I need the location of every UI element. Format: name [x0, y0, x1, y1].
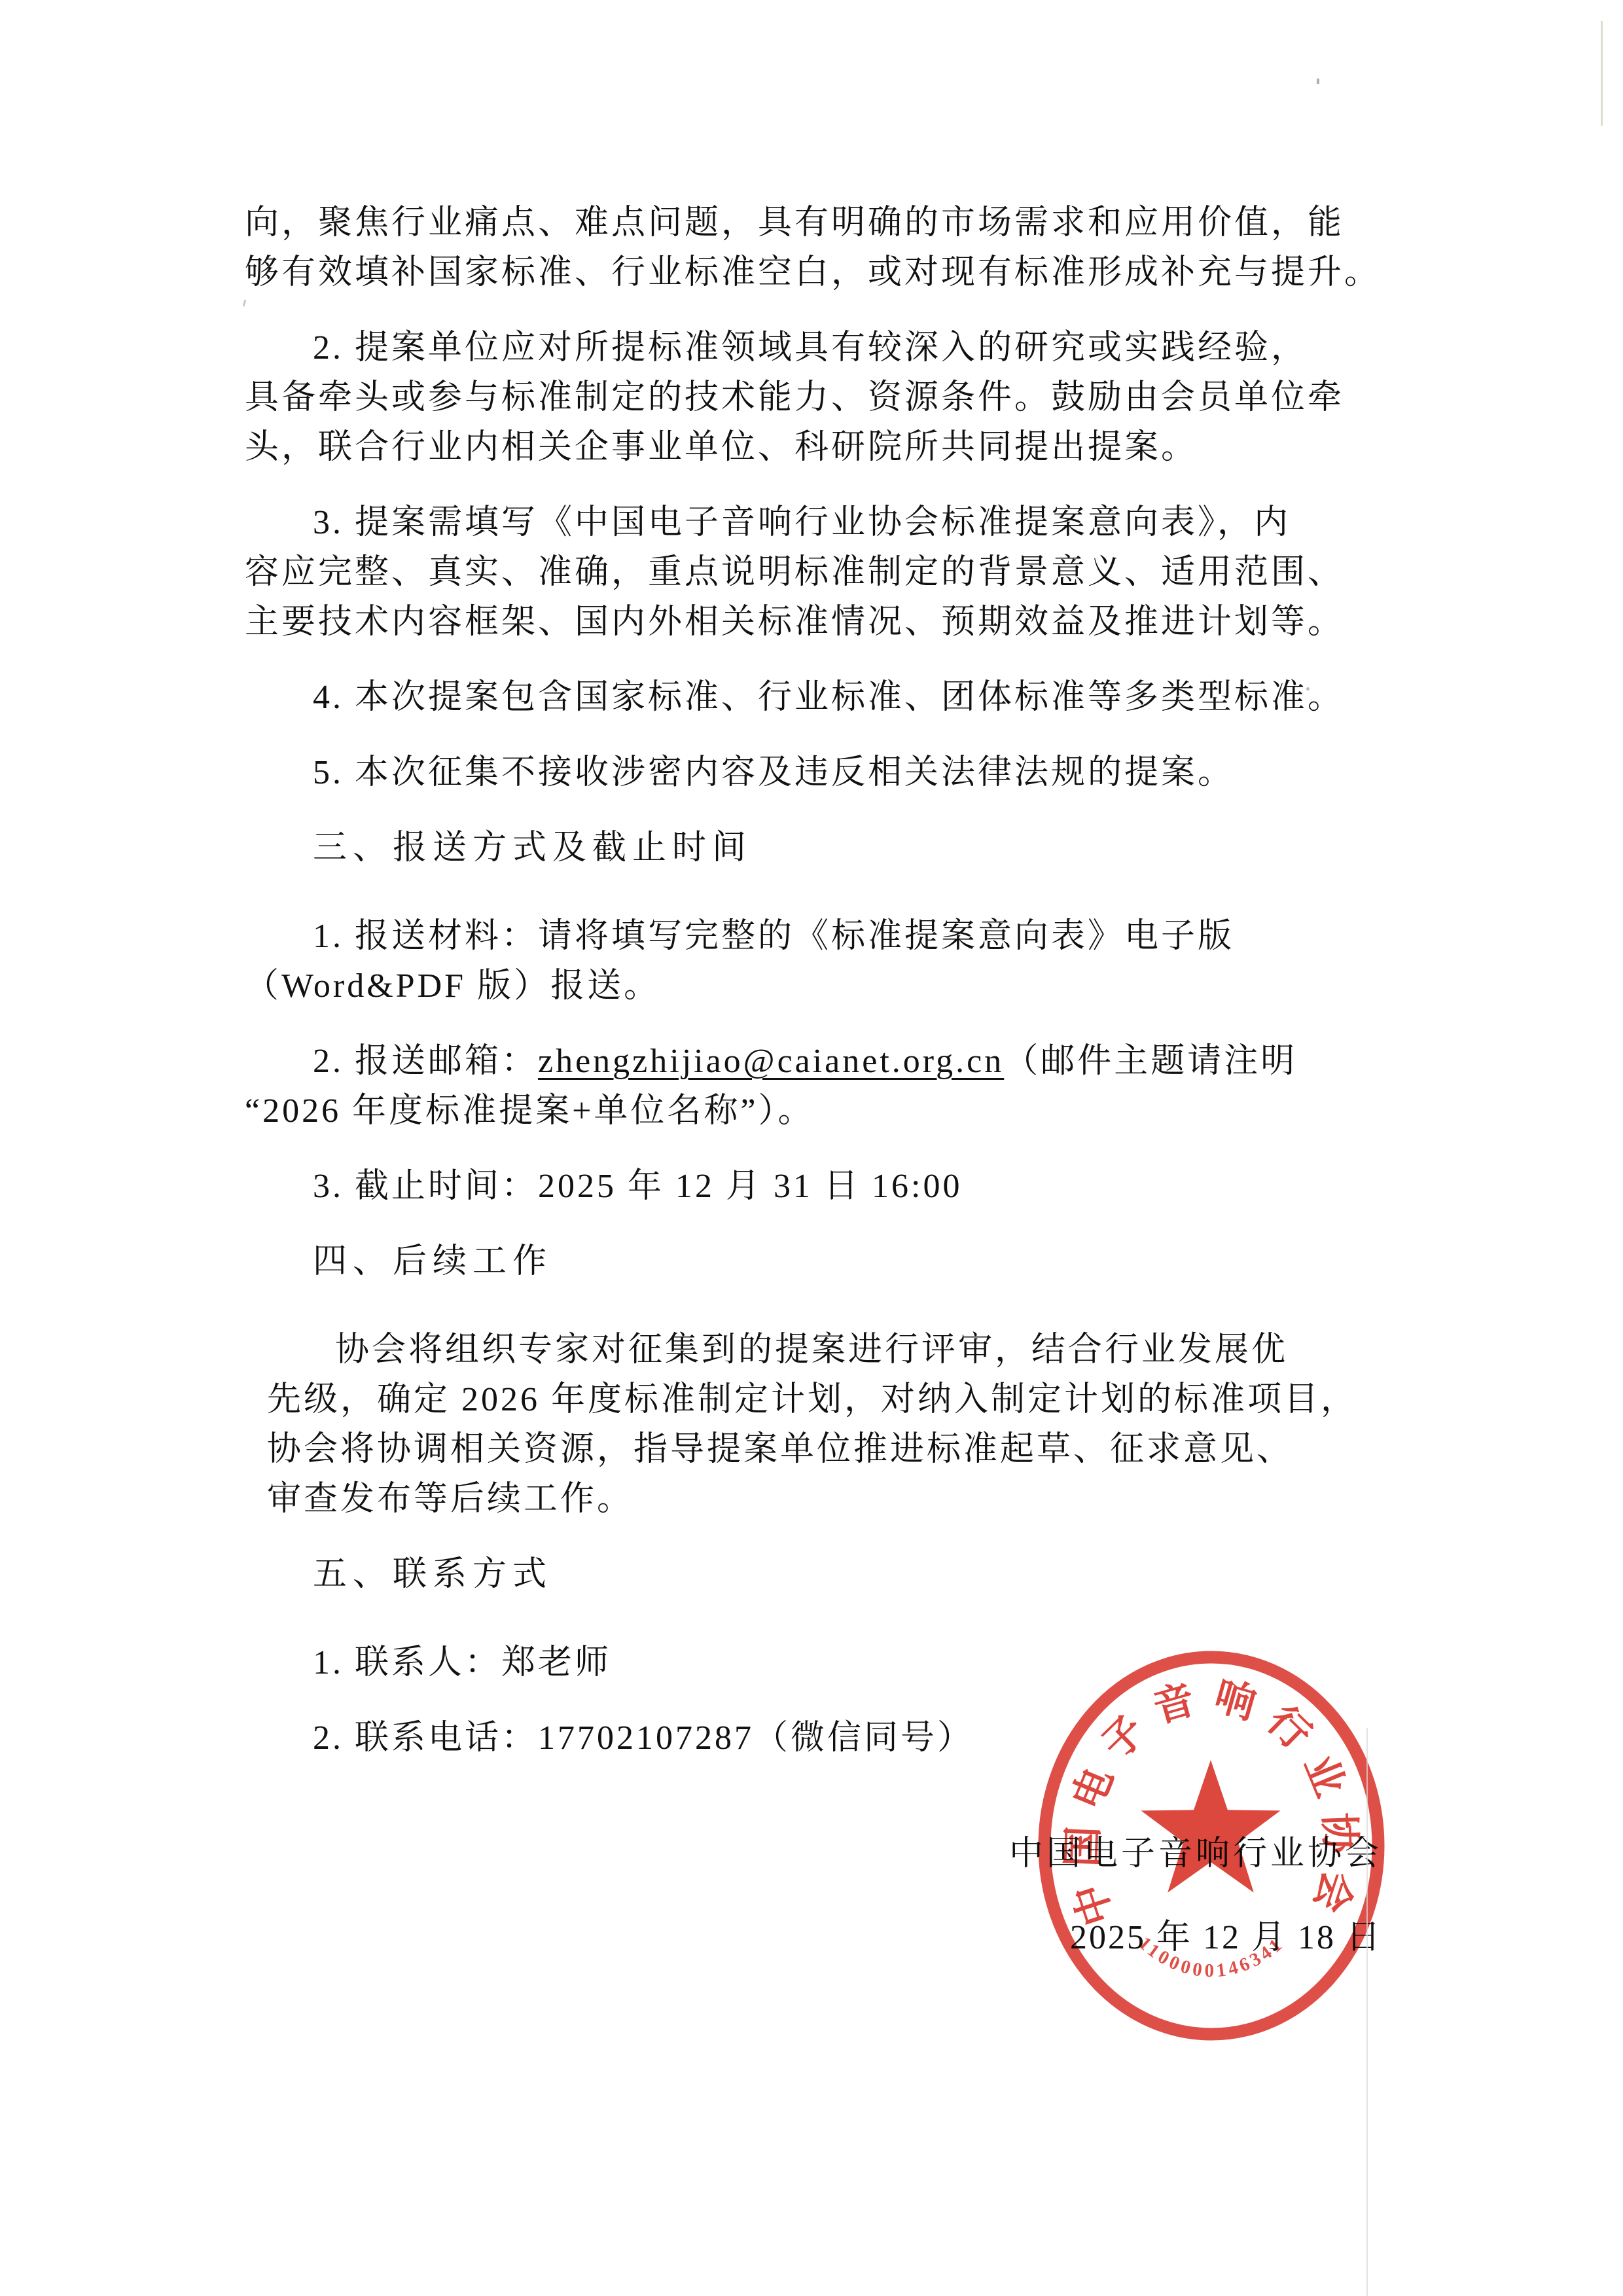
email-note: （邮件主题请注明 [1004, 1043, 1297, 1080]
text-line: （Word&PDF 版）报送。 [245, 961, 1400, 1011]
text-line: 容应完整、真实、准确，重点说明标准制定的背景意义、适用范围、 [245, 548, 1400, 598]
paragraph-item-4: 4. 本次提案包含国家标准、行业标准、团体标准等多类型标准。 [245, 673, 1400, 723]
official-seal-stamp: 中国电子音响行业协会 1100000146341 [1035, 1647, 1388, 2047]
text-line: 向，聚焦行业痛点、难点问题，具有明确的市场需求和应用价值，能 [245, 198, 1400, 248]
email-address: zhengzhijiao@caianet.org.cn [538, 1043, 1004, 1080]
paragraph-deadline: 3. 截止时间：2025 年 12 月 31 日 16:00 [245, 1162, 1400, 1211]
heading-text: 四、后续工作 [245, 1237, 1400, 1287]
heading-text: 三、报送方式及截止时间 [245, 823, 1400, 873]
text-line: 3. 截止时间：2025 年 12 月 31 日 16:00 [245, 1162, 1400, 1211]
text-line: 协会将协调相关资源，指导提案单位推进标准起草、征求意见、 [267, 1425, 1400, 1475]
scan-artifact-line [1601, 21, 1603, 126]
section-heading-5: 五、联系方式 [245, 1550, 1400, 1600]
star-icon [1141, 1760, 1281, 1893]
text-line: 2. 提案单位应对所提标准领域具有较深入的研究或实践经验， [245, 323, 1400, 373]
text-line: 3. 提案需填写《中国电子音响行业协会标准提案意向表》，内 [245, 498, 1400, 548]
document-body: 向，聚焦行业痛点、难点问题，具有明确的市场需求和应用价值，能 够有效填补国家标准… [245, 198, 1400, 1789]
text-line: 5. 本次征集不接收涉密内容及违反相关法律法规的提案。 [245, 748, 1400, 798]
email-label: 2. 报送邮箱： [313, 1043, 538, 1080]
text-line: 4. 本次提案包含国家标准、行业标准、团体标准等多类型标准。 [245, 673, 1400, 723]
paragraph-follow-up: 协会将组织专家对征集到的提案进行评审，结合行业发展优 先级，确定 2026 年度… [267, 1325, 1400, 1524]
paragraph-item-5: 5. 本次征集不接收涉密内容及违反相关法律法规的提案。 [245, 748, 1400, 798]
seal-code-text: 1100000146341 [1134, 1933, 1288, 1981]
text-line: 够有效填补国家标准、行业标准空白，或对现有标准形成补充与提升。 [245, 248, 1400, 298]
paragraph-item-2: 2. 提案单位应对所提标准领域具有较深入的研究或实践经验， 具备牵头或参与标准制… [245, 323, 1400, 473]
text-line: 审查发布等后续工作。 [267, 1475, 1400, 1524]
text-line: “2026 年度标准提案+单位名称”）。 [245, 1086, 1400, 1136]
text-line: 协会将组织专家对征集到的提案进行评审，结合行业发展优 [267, 1325, 1400, 1375]
paragraph-intro-continuation: 向，聚焦行业痛点、难点问题，具有明确的市场需求和应用价值，能 够有效填补国家标准… [245, 198, 1400, 298]
section-heading-3: 三、报送方式及截止时间 [245, 823, 1400, 873]
paragraph-submit-material: 1. 报送材料：请将填写完整的《标准提案意向表》电子版 （Word&PDF 版）… [245, 912, 1400, 1011]
paragraph-item-3: 3. 提案需填写《中国电子音响行业协会标准提案意向表》，内 容应完整、真实、准确… [245, 498, 1400, 647]
text-line: 具备牵头或参与标准制定的技术能力、资源条件。鼓励由会员单位牵 [245, 373, 1400, 423]
text-line: 先级，确定 2026 年度标准制定计划，对纳入制定计划的标准项目， [267, 1375, 1400, 1425]
paragraph-submit-email: 2. 报送邮箱：zhengzhijiao@caianet.org.cn（邮件主题… [245, 1037, 1400, 1136]
text-line: 主要技术内容框架、国内外相关标准情况、预期效益及推进计划等。 [245, 598, 1400, 647]
scanned-document-page: 向，聚焦行业痛点、难点问题，具有明确的市场需求和应用价值，能 够有效填补国家标准… [0, 0, 1623, 2296]
text-line: 1. 报送材料：请将填写完整的《标准提案意向表》电子版 [245, 912, 1400, 961]
text-line: 2. 报送邮箱：zhengzhijiao@caianet.org.cn（邮件主题… [245, 1037, 1400, 1086]
heading-text: 五、联系方式 [245, 1550, 1400, 1600]
scan-artifact-speck [1317, 79, 1319, 84]
section-heading-4: 四、后续工作 [245, 1237, 1400, 1287]
text-line: 头，联合行业内相关企事业单位、科研院所共同提出提案。 [245, 423, 1400, 473]
